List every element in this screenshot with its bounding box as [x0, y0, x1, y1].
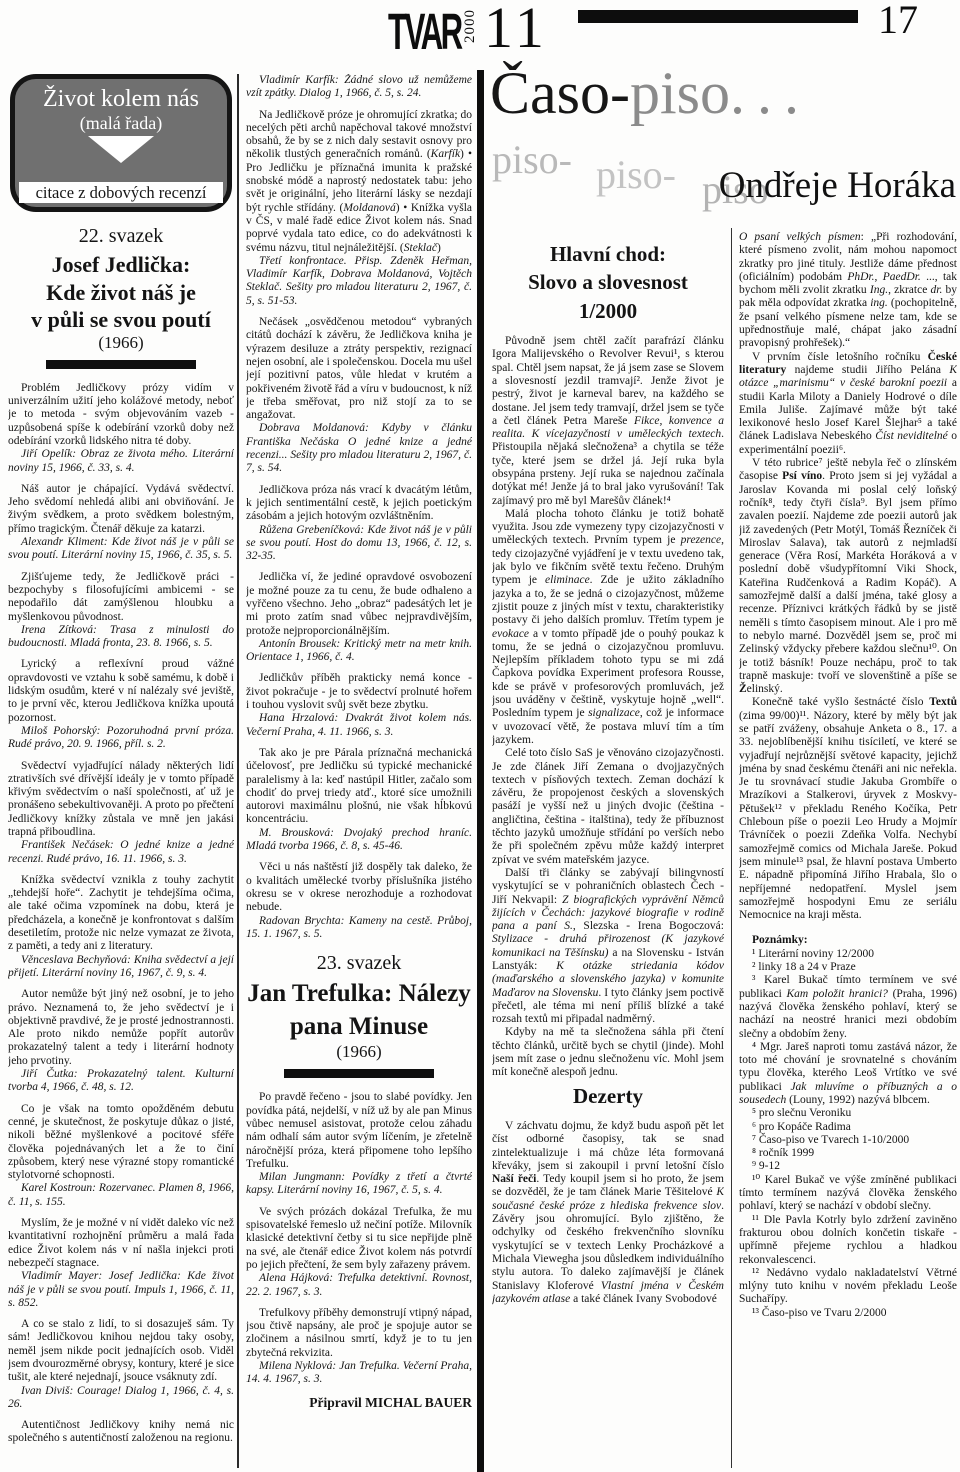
paragraph: Ve svých prózách dokázal Trefulka, že mu… [246, 1206, 472, 1272]
citation: Irena Zítková: Trasa z minulosti do budo… [8, 624, 234, 651]
paragraph: Tak ako je pre Párala príznačná mechanic… [246, 747, 472, 827]
paragraph: Původně jsem chtěl začít parafrází článk… [492, 335, 724, 508]
series-box-subtitle: (malá řada) [15, 114, 227, 134]
masthead-rule [578, 10, 858, 23]
column-divider-thin-right [731, 228, 732, 1468]
citation: Miloš Pohorský: Pozoruhodná první próza.… [8, 725, 234, 752]
footnote: ⁴ Mgr. Jareš naproti tomu zastává názor,… [739, 1041, 957, 1107]
citation: Alexandr Kliment: Kde život náš je v půl… [8, 536, 234, 563]
volume-subhead: 22. svazek [8, 224, 234, 249]
citation: Věnceslava Bechyňová: Kniha svědectví a … [8, 954, 234, 981]
ghost-piso-1: piso- [492, 140, 572, 180]
down-triangle-icon [88, 136, 154, 163]
section-heading: Dezerty [492, 1082, 724, 1110]
section-divider-thick [477, 70, 484, 1472]
paragraph: Kdyby na mě ta slečnožena sáhla při čten… [492, 1026, 724, 1079]
paragraph: Zjišťujeme tedy, že Jedličkově práci - b… [8, 571, 234, 624]
footnote: ¹² Nedávno vydalo nakladatelství Větrné … [739, 1267, 957, 1307]
column1-blocks: 22. svazekJosef Jedlička: Kde život náš … [8, 224, 234, 1446]
series-box-caption: citace z dobových recenzí [19, 182, 223, 203]
year-heading: (1966) [246, 1045, 472, 1058]
paragraph: Náš autor je chápající. Vydává svědectví… [8, 483, 234, 536]
magazine-page: TVAR 2000 11 17 Časo-piso... piso- piso-… [0, 0, 960, 1472]
column-divider-thin-left [237, 74, 239, 1468]
column-reviews-left: Život kolem nás (malá řada) citace z dob… [8, 72, 234, 1470]
paragraph: Autentičnost Jedličkovy knihy nemá nic s… [8, 1419, 234, 1446]
paragraph: Konečně také vyšlo šestnácté číslo Textů… [739, 696, 957, 922]
paragraph: V záchvatu dojmu, že když budu aspoň pět… [492, 1120, 724, 1306]
citation: Alena Hájková: Trefulka detektivní. Rovn… [246, 1272, 472, 1299]
volume-subhead: 23. svazek [246, 951, 472, 976]
paragraph-continued: O psaní velkých písmen: „Při rozhodování… [739, 231, 957, 351]
masthead-year: 2000 [462, 9, 479, 43]
footnote: ¹³ Časo-piso ve Tvaru 2/2000 [739, 1307, 957, 1320]
paragraph: V této rubrice⁷ ještě nebyla řeč o zlíns… [739, 457, 957, 696]
column-reviews-right: Vladimír Karfík: Žádné slovo už nemůžeme… [246, 74, 472, 1470]
paragraph: Myslím, že je možné v ní vidět daleko ví… [8, 1217, 234, 1270]
heading-rule [46, 360, 196, 369]
magazine-logo: TVAR [388, 7, 461, 58]
paragraph: Na Jedličkově próze je ohromující zkratk… [246, 109, 472, 255]
paragraph: V prvním čísle letošního ročníku České l… [739, 351, 957, 457]
footnote: ⁹ 9-12 [739, 1160, 957, 1173]
article-title-block: Časo-piso... piso- piso- piso Ondřeje Ho… [490, 60, 956, 230]
column-article-left: Hlavní chod: Slovo a slovesnost 1/2000Pů… [492, 238, 724, 1470]
paragraph: Další tři články se zabývají bilingvnost… [492, 867, 724, 1027]
issue-number: 11 [484, 0, 548, 61]
series-box: Život kolem nás (malá řada) citace z dob… [10, 74, 232, 212]
citation: Jiří Opelík: Obraz ze života mého. Liter… [8, 448, 234, 475]
paragraph: Celé toto číslo SaS je věnováno cizojazy… [492, 747, 724, 867]
page-number: 17 [878, 0, 918, 43]
ghost-piso-2: piso- [596, 155, 676, 195]
paragraph: Problém Jedličkovy prózy vidím v univerz… [8, 382, 234, 448]
section-heading: Hlavní chod: Slovo a slovesnost 1/2000 [492, 240, 724, 325]
citation: Jiří Čutka: Prokazatelný talent. Kulturn… [8, 1068, 234, 1095]
paragraph: Co je však na tomto opožděném debutu cen… [8, 1103, 234, 1183]
citation: František Nečásek: O jedné knize a jedné… [8, 839, 234, 866]
paragraph: Jedličkův příběh prakticky nemá konce - … [246, 672, 472, 712]
heading-rule [284, 1069, 434, 1078]
footnote: ⁵ pro slečnu Veroniku [739, 1107, 957, 1120]
citation: Třetí konfrontace. Přisp. Zdeněk Heřman,… [246, 255, 472, 308]
citation: Vladimír Mayer: Josef Jedlička: Kde živo… [8, 1270, 234, 1310]
paragraph: Malá plocha tohoto článku je totiž bohat… [492, 508, 724, 747]
citation: Vladimír Karfík: Žádné slovo už nemůžeme… [246, 74, 472, 101]
article-title: Časo-piso... [490, 60, 811, 126]
citation: Milena Nyklová: Jan Trefulka. Večerní Pr… [246, 1360, 472, 1387]
paragraph: Trefulkovy příběhy demonstrují vtipný ná… [246, 1307, 472, 1360]
paragraph: Lyrický a reflexívní proud vážné opravdo… [8, 658, 234, 724]
article-title-black: Časo- [490, 60, 630, 126]
citation: Ivan Diviš: Courage! Dialog 1, 1966, č. … [8, 1385, 234, 1412]
citation: Dobrava Moldanová: Kdyby v článku Franti… [246, 422, 472, 475]
footnote: ¹¹ Dle Pavla Kotrly bylo zdržení zaviněn… [739, 1214, 957, 1267]
citation: Radovan Brychta: Kameny na cestě. Průboj… [246, 915, 472, 942]
footnotes-heading: Poznámky: [739, 934, 957, 947]
footnote: ⁷ Časo-piso ve Tvarech 1-10/2000 [739, 1134, 957, 1147]
citation: Milan Jungmann: Povídky z třetí a čtvrté… [246, 1171, 472, 1198]
paragraph: Jedlička ví, že jediné opravdové osvoboz… [246, 571, 472, 637]
paragraph: A co se stalo z lidí, to si dosazuješ sá… [8, 1318, 234, 1384]
citation: Antonín Brousek: Kritický metr na metr k… [246, 638, 472, 665]
column-article-right: O psaní velkých písmen: „Při rozhodování… [739, 231, 957, 1470]
paragraph: Po pravdě řečeno - jsou to slabé povídky… [246, 1091, 472, 1171]
citation: Růžena Grebeníčková: Kde život náš je v … [246, 524, 472, 564]
citation: M. Brousková: Dvojaký prechod hraníc. Ml… [246, 827, 472, 854]
footnote: ² linky 18 a 24 v Praze [739, 961, 957, 974]
paragraph: Nečásek „osvědčenou metodou“ vybraných c… [246, 316, 472, 422]
paragraph: Jedličkova próza nás vrací k dvacátým lé… [246, 484, 472, 524]
citation: Hana Hrzalová: Dvakrát život kolem nás. … [246, 712, 472, 739]
book-heading: Jan Trefulka: Nálezy pana Minuse [246, 978, 472, 1043]
series-box-title: Život kolem nás [15, 79, 227, 114]
book-heading: Josef Jedlička: Kde život náš je v půli … [8, 251, 234, 334]
footnote: ³ Karel Bukač tímto termínem ve své publ… [739, 974, 957, 1040]
citation: Karel Kostroun: Rozervanec. Plamen 8, 19… [8, 1182, 234, 1209]
article-author: Ondřeje Horáka [719, 164, 956, 207]
paragraph: Autor nemůže být jiný než osobní, je to … [8, 988, 234, 1068]
footnote: ⁸ ročník 1999 [739, 1147, 957, 1160]
prepared-by: Připravil MICHAL BAUER [246, 1396, 472, 1409]
paragraph: Knížka svědectví vznikla z touhy zachyti… [8, 874, 234, 954]
paragraph: Věci u nás naštěstí již dospěly tak dale… [246, 861, 472, 914]
article-title-gray: piso [630, 60, 730, 126]
footnote: ⁶ pro Kopáče Radima [739, 1121, 957, 1134]
year-heading: (1966) [8, 336, 234, 349]
article-title-dots: ... [730, 60, 811, 126]
footnote: ¹ Literární noviny 12/2000 [739, 948, 957, 961]
footnote: ¹⁰ Karel Bukač ve výše zmíněné publikaci… [739, 1174, 957, 1214]
paragraph: Svědectví vyjadřující nálady některých l… [8, 760, 234, 840]
